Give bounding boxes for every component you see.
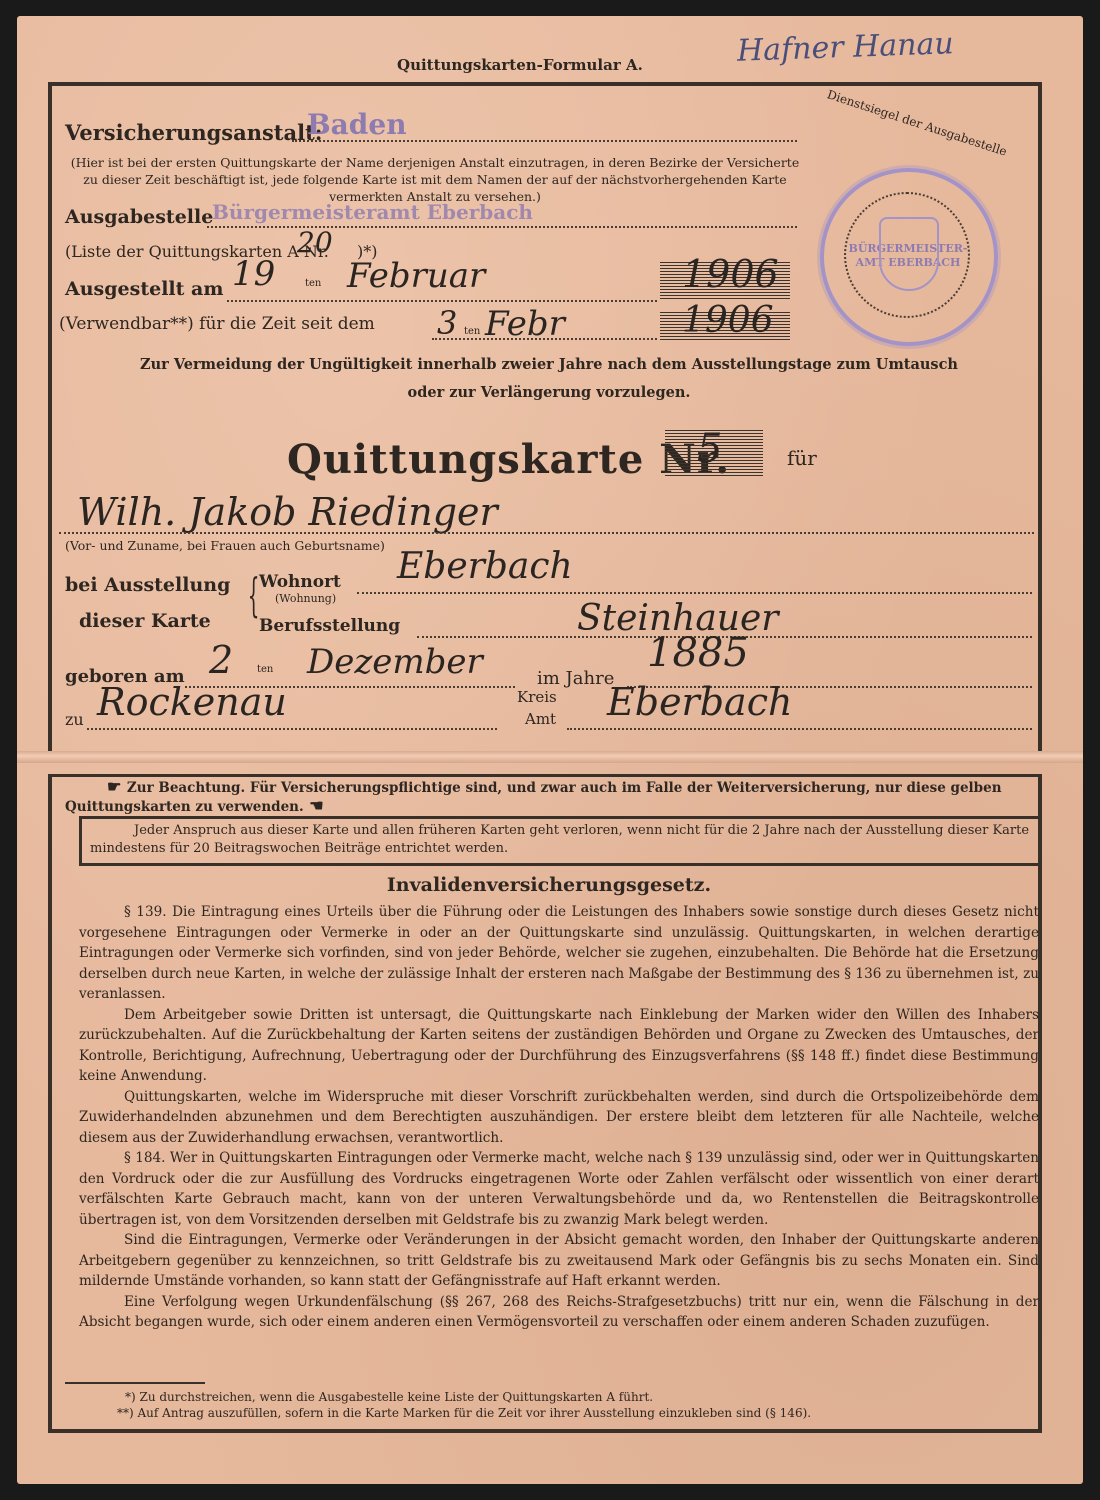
- validity-notice-line2: oder zur Verlängerung vorzulegen.: [59, 384, 1039, 401]
- versicherungsanstalt-instruction: (Hier ist bei der ersten Quittungskarte …: [65, 154, 805, 205]
- pointing-hand-icon-right: ☚: [304, 796, 324, 815]
- ausgestellt-label: Ausgestellt am: [65, 278, 223, 300]
- amt-label: Amt: [525, 710, 556, 728]
- law-paragraph-2: Dem Arbeitgeber sowie Dritten ist unters…: [79, 1005, 1039, 1087]
- beruf-label: Berufsstellung: [259, 616, 400, 636]
- wohnort-line: [357, 592, 1032, 594]
- kreis-label: Kreis: [517, 688, 557, 706]
- loss-notice-box: Jeder Anspruch aus dieser Karte und alle…: [79, 816, 1041, 866]
- coat-of-arms-icon: [879, 217, 939, 291]
- liste-label: (Liste der Quittungskarten A Nr.: [65, 242, 329, 261]
- born-day: 2: [209, 638, 233, 682]
- footnote-2: **) Auf Antrag auszufüllen, sofern in di…: [117, 1406, 811, 1420]
- brace-icon: {: [248, 572, 260, 618]
- ausgestellt-day-suffix: ten: [305, 278, 321, 289]
- ausgabestelle-stamp: Bürgermeisteramt Eberbach: [212, 200, 533, 224]
- ausgabestelle-label: Ausgabestelle: [65, 206, 213, 228]
- ausgestellt-line: [227, 300, 657, 302]
- liste-number: 20: [297, 226, 333, 259]
- quittungskarte-document: Quittungskarten-Formular A. Hafner Hanau…: [17, 16, 1083, 1484]
- holder-name-caption: (Vor- und Zuname, bei Frauen auch Geburt…: [65, 538, 385, 553]
- law-paragraph-3: Quittungskarten, welche im Widerspruche …: [79, 1087, 1039, 1149]
- holder-name-line: [59, 532, 1034, 534]
- place-label: zu: [65, 710, 84, 729]
- group-label-1: bei Ausstellung: [65, 574, 230, 596]
- footnote-1: *) Zu durchstreichen, wenn die Ausgabest…: [125, 1390, 653, 1404]
- verwendbar-label: (Verwendbar**) für die Zeit seit dem: [59, 314, 375, 334]
- born-day-suffix: ten: [257, 664, 273, 675]
- margin-handwriting: Hafner Hanau: [736, 26, 954, 69]
- born-year: 1885: [647, 630, 749, 676]
- form-header: Quittungskarten-Formular A.: [397, 56, 643, 74]
- verwendbar-year: 1906: [682, 300, 774, 341]
- card-title: Quittungskarte Nr.: [287, 436, 730, 483]
- loss-notice: Jeder Anspruch aus dieser Karte und alle…: [82, 819, 1038, 861]
- holder-name: Wilh. Jakob Riedinger: [77, 490, 498, 534]
- kreis-value: Eberbach: [607, 680, 792, 724]
- law-title: Invalidenversicherungsgesetz.: [59, 874, 1039, 896]
- ausgestellt-month: Februar: [347, 256, 485, 296]
- verwendbar-day: 3: [437, 304, 457, 342]
- kreis-line: [567, 728, 1032, 730]
- born-month: Dezember: [307, 642, 483, 682]
- law-paragraph-6: Eine Verfolgung wegen Urkundenfälschung …: [79, 1292, 1039, 1333]
- official-seal: BÜRGERMEISTER-AMT EBERBACH: [820, 168, 998, 346]
- ausgabestelle-line: [207, 226, 797, 228]
- verwendbar-day-suffix: ten: [464, 326, 480, 337]
- born-year-label: im Jahre: [537, 668, 614, 689]
- law-paragraph-184: § 184. Wer in Quittungskarten Eintragung…: [79, 1148, 1039, 1230]
- law-text: § 139. Die Eintragung eines Urteils über…: [79, 902, 1039, 1333]
- wohnort-label: Wohnort: [259, 572, 341, 592]
- versicherungsanstalt-label: Versicherungsanstalt:: [65, 120, 323, 145]
- footnote-divider: [65, 1382, 205, 1384]
- paper-fold: [17, 751, 1083, 763]
- ausgestellt-day: 19: [232, 254, 275, 294]
- place-value: Rockenau: [97, 680, 287, 724]
- validity-notice-line1: Zur Vermeidung der Ungültigkeit innerhal…: [59, 356, 1039, 373]
- ausgestellt-year: 1906: [682, 252, 779, 296]
- for-label: für: [787, 446, 817, 470]
- verwendbar-month: Febr: [485, 304, 565, 344]
- beachtung-notice: ☛ Zur Beachtung. Für Versicherungspflich…: [65, 778, 1035, 816]
- pointing-hand-icon: ☛: [107, 777, 127, 796]
- wohnort-value: Eberbach: [397, 546, 573, 587]
- law-paragraph-139: § 139. Die Eintragung eines Urteils über…: [79, 902, 1039, 1005]
- place-line: [87, 728, 497, 730]
- law-paragraph-5: Sind die Eintragungen, Vermerke oder Ver…: [79, 1230, 1039, 1292]
- group-label-2: dieser Karte: [79, 610, 211, 632]
- versicherungsanstalt-stamp: Baden: [307, 108, 407, 141]
- beachtung-text: Zur Beachtung. Für Versicherungspflichti…: [65, 780, 1002, 815]
- wohnort-sub: (Wohnung): [275, 592, 336, 605]
- card-number: 5: [697, 426, 722, 472]
